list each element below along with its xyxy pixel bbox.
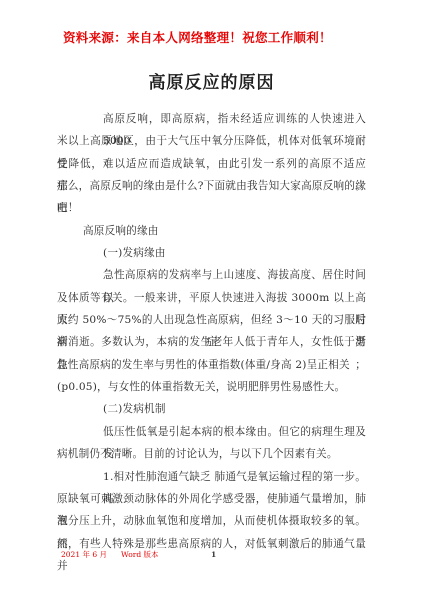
body-line: 原缺氧可刺激颈动脉体的外周化学感受器，使肺通气量增加，肺泡 — [57, 488, 366, 510]
body-line: 那么，高原反响的缘由是什么?下面就由我告知大家高原反响的缘由 — [57, 175, 366, 197]
body-line: 急性高原病的发生率与男性的体重指数(体重/身高 2)呈正相关 — [57, 354, 366, 376]
body-line: 渐消逝。多数认为，本病的发生老年人低于青年人，女性低于男性； — [57, 331, 366, 353]
body-line: 氧分压上升，动脉血氧饱和度增加，从而使机体摄取较多的氧。然 — [57, 510, 366, 532]
body-line: 高原反响的缘由 — [57, 220, 366, 242]
body-line: 吧！ — [57, 197, 366, 219]
body-line: (一)发病缘由 — [57, 242, 366, 264]
footer-meta: 2021 年 6 月Word 版本 — [61, 549, 159, 561]
body-line: 米以上高原地区，由于大气压中氧分压降低，机体对低氧环境耐受 — [57, 130, 366, 152]
page-footer: 2021 年 6 月Word 版本 1 — [0, 549, 423, 563]
page-number: 1 — [211, 549, 216, 561]
body-line: 高原反响，即高原病，指未经适应训练的人快速进入 3000 — [57, 108, 366, 130]
body-line: 病机制仍不清晰。目前的讨论认为，与以下几个因素有关。 — [57, 443, 366, 465]
footer-version: Word 版本 — [121, 550, 159, 559]
body-line: 1.相对性肺泡通气缺乏 肺通气是氧运输过程的第一步。高 — [57, 466, 366, 488]
source-note: 资料来源：来自本人网络整理！祝您工作顺利！ — [63, 28, 332, 46]
body-line: 及体质等有关。一般来讲，平原人快速进入海拔 3000m 以上高原时 — [57, 287, 366, 309]
body-line: (p0.05)，与女性的体重指数无关，说明肥胖男性易感性大。 — [57, 376, 366, 398]
body-line: 急性高原病的发病率与上山速度、海拔高度、居住时间以 — [57, 264, 366, 286]
body-text: 高原反响，即高原病，指未经适应训练的人快速进入 3000米以上高原地区，由于大气… — [57, 108, 366, 555]
document-page: 资料来源：来自本人网络整理！祝您工作顺利！ 高原反应的原因 高原反响，即高原病，… — [0, 0, 423, 600]
body-line: 低压性低氧是引起本病的根本缘由。但它的病理生理及发 — [57, 421, 366, 443]
body-line: (二)发病机制 — [57, 398, 366, 420]
body-line: 性降低，难以适应而造成缺氧，由此引发一系列的高原不适应症。 — [57, 153, 366, 175]
footer-date: 2021 年 6 月 — [61, 550, 107, 559]
body-line: 大约 50%～75%的人出现急性高原病，但经 3～10 天的习服后病症渐 — [57, 309, 366, 331]
page-title: 高原反应的原因 — [0, 68, 423, 93]
